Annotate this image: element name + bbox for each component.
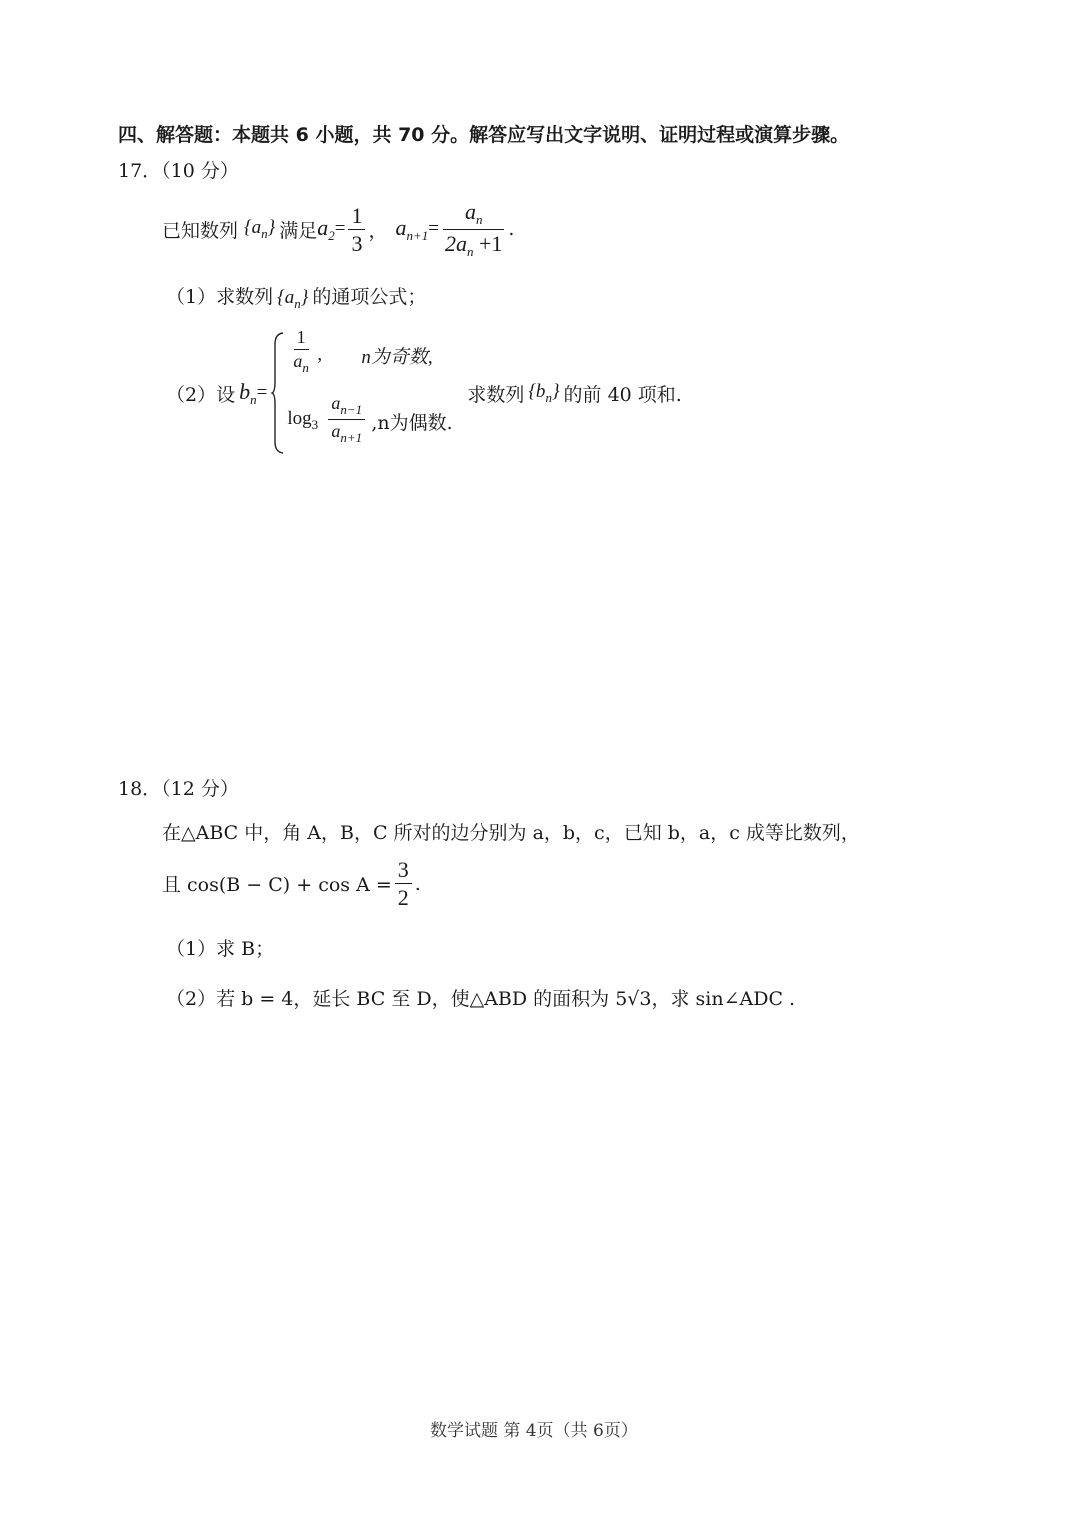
- q17-stem-prefix: 已知数列: [162, 216, 238, 243]
- rec-den: 2an +1: [442, 230, 505, 259]
- rec-base: a: [395, 215, 406, 240]
- rec-den-pre: 2a: [445, 231, 467, 256]
- log-text: log: [287, 408, 311, 429]
- rec-sub: n+1: [406, 228, 428, 243]
- case2-num-base: a: [331, 393, 340, 413]
- case1-comma: ,: [317, 344, 322, 366]
- line2-num: 3: [395, 858, 412, 884]
- a2-base: a: [317, 215, 328, 240]
- q18-part2: （2）若 b = 4，延长 BC 至 D，使△ABD 的面积为 5√3，求 si…: [166, 984, 795, 1011]
- rec-eq: =: [428, 218, 439, 240]
- rec-num-sub: n: [476, 212, 483, 227]
- case2-num-sub: n−1: [340, 402, 362, 417]
- rec-label: an+1: [395, 215, 428, 244]
- rec-num-base: a: [465, 199, 476, 224]
- case2-fraction: an−1an+1: [328, 394, 365, 444]
- q17-stem: 已知数列 {an} 满足 a2 = 13 ， an+1 = an 2an +1 …: [162, 200, 514, 258]
- part1-suffix: 的通项公式；: [312, 286, 426, 308]
- case2-den-base: a: [331, 421, 340, 441]
- line2-den: 2: [395, 884, 412, 909]
- case1-den-base: a: [293, 351, 302, 371]
- bn-eq: =: [257, 382, 268, 404]
- case1-fraction: 1an: [290, 328, 312, 375]
- case2-num: an−1: [328, 394, 365, 420]
- q18-stem-line1: 在△ABC 中，角 A，B，C 所对的边分别为 a，b，c，已知 b，a，c 成…: [162, 818, 860, 845]
- case1-num: 1: [294, 328, 309, 350]
- case2-cond: ,n为偶数.: [371, 408, 452, 435]
- bn-base: b: [239, 379, 250, 404]
- q17-number: 17．（10 分）: [118, 156, 239, 183]
- seq-open: {a: [244, 217, 261, 238]
- q17-part2: （2）设 bn = 1an , n为奇数, log3 an−1an+1 ,n为偶…: [166, 328, 682, 458]
- line2-prefix: 且 cos(B − C) + cos A =: [162, 870, 392, 897]
- comma: ，: [368, 216, 387, 243]
- q17-seq: {an}: [244, 217, 275, 242]
- line2-suffix: .: [415, 873, 421, 895]
- part1-seq: {an}: [277, 287, 308, 308]
- case2-log: log3: [287, 408, 318, 433]
- ask-suffix: 的前 40 项和.: [564, 380, 682, 407]
- line2-fraction: 32: [395, 858, 412, 909]
- q18-number: 18．（12 分）: [118, 774, 239, 801]
- case2-den-sub: n+1: [340, 430, 362, 445]
- left-brace-icon: [271, 332, 285, 454]
- ask-seq-close: }: [552, 381, 560, 402]
- case1-cond-text: n为奇数,: [361, 347, 432, 368]
- ask-prefix: 求数列: [467, 380, 524, 407]
- case1-cond: n为奇数,: [361, 342, 432, 369]
- rec-den-post: +1: [473, 231, 502, 256]
- ask-seq: {bn}: [528, 381, 559, 406]
- part1-label: （1）求数列: [166, 286, 273, 308]
- part1-seq-open: {a: [277, 287, 294, 308]
- part1-seq-close: }: [301, 287, 309, 308]
- q17-stem-mid: 满足: [279, 216, 317, 243]
- piecewise: 1an , n为奇数, log3 an−1an+1 ,n为偶数.: [271, 328, 441, 458]
- ask-seq-open: {b: [528, 381, 545, 402]
- period: .: [508, 218, 514, 240]
- rec-fraction: an 2an +1: [442, 200, 505, 258]
- a2-num: 1: [348, 204, 365, 230]
- page-footer: 数学试题 第 4页（共 6页）: [430, 1416, 638, 1441]
- a2-label: a2: [317, 215, 335, 244]
- a2-den: 3: [348, 230, 365, 255]
- q18-stem-line2: 且 cos(B − C) + cos A = 32 .: [162, 858, 421, 909]
- section-heading: 四、解答题：本题共 6 小题，共 70 分。解答应写出文字说明、证明过程或演算步…: [118, 120, 849, 147]
- bn-label: bn: [239, 379, 257, 408]
- log-base: 3: [312, 417, 319, 432]
- a2-eq: =: [335, 218, 346, 240]
- rec-num: an: [443, 200, 505, 230]
- case2-den: an+1: [328, 420, 365, 445]
- case1-den: an: [290, 350, 312, 375]
- q18-part1: （1）求 B；: [166, 934, 274, 961]
- a2-fraction: 13: [348, 204, 365, 255]
- part2-label: （2）设: [166, 380, 235, 407]
- q17-part1: （1）求数列{an}的通项公式；: [166, 282, 426, 312]
- case1-den-sub: n: [302, 360, 309, 375]
- seq-close: }: [268, 217, 276, 238]
